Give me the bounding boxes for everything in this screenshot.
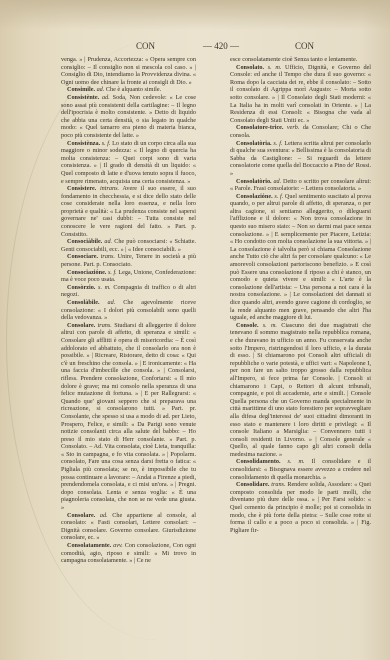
dictionary-entry: Consociare. trans. Unire, Tenere in soci… (61, 253, 196, 268)
entry-definition: Soda, Non cedevole: « Le cose sono assai… (61, 94, 196, 139)
entry-definition: Ufficio, Dignità, e Governo del Console:… (230, 64, 371, 124)
dictionary-entry: Consolato. s. m. Ufficio, Dignità, e Gov… (230, 64, 371, 125)
page-top-shadow (0, 0, 390, 30)
entry-part-of-speech: ad. (104, 238, 112, 245)
dictionary-entry: Consolatòria. s. f. Lettera scritta altr… (230, 140, 371, 178)
entry-definition: venga. » | Prudenza, Accortezza: « Opera… (61, 56, 196, 86)
dictionary-entry: esce consolatamente cioè Senza tanto e l… (230, 56, 371, 64)
entry-headword: Consistènza. (67, 140, 100, 147)
entry-part-of-speech: verb. (287, 124, 300, 131)
dictionary-entry: Consòrzio. s. m. Compagnia di traffico o… (61, 284, 196, 299)
entry-headword: Consolato. (236, 64, 264, 71)
entry-headword: Consimile. (67, 86, 95, 93)
dictionary-entry: Consolidamento. s. m. Il consolidare e i… (230, 458, 371, 481)
page-header: CON — 420 — CON (0, 41, 390, 53)
dictionary-entry: Consociàbile. ad. Che può consociarsi: «… (61, 238, 196, 253)
entry-headword: Consolatamente. (67, 542, 111, 549)
entry-definition: Ciascuno dei due magistrati che tenevano… (230, 322, 371, 458)
entry-headword: Consolàbile. (67, 299, 100, 306)
entry-part-of-speech: s. m. (263, 322, 277, 329)
entry-headword: Consociare. (67, 253, 98, 260)
dictionary-entry: Consolidare. trans. Rendere solida, Asso… (230, 481, 371, 534)
dictionary-entry: Consistènte. ad. Soda, Non cedevole: « L… (61, 94, 196, 140)
dictionary-entry: Consolazióne. s. f. Quel sentimento susc… (230, 193, 371, 322)
left-guide-word: CON (136, 41, 155, 51)
entry-part-of-speech: s. f. (274, 193, 283, 200)
dictionary-entry: venga. » | Prudenza, Accortezza: « Opera… (61, 56, 196, 86)
entry-headword: Consociàbile. (67, 238, 102, 245)
entry-part-of-speech: trans. (98, 322, 112, 329)
dictionary-entry: Console. s. m. Ciascuno dei due magistra… (230, 322, 371, 459)
entry-headword: Consolatòrio. (236, 178, 272, 185)
dictionary-entry: Consolatòrio. ad. Detto o scritto per co… (230, 178, 371, 193)
entry-part-of-speech: s. m. (98, 284, 111, 291)
entry-headword: Consòrzio. (67, 284, 95, 291)
dictionary-entry: Consolare. ad. Che appartiene al console… (61, 512, 196, 542)
entry-headword: Consolatòria. (236, 140, 272, 147)
entry-part-of-speech: ad. (100, 512, 108, 519)
dictionary-entry: Consolatore-trice. verb. da Consolare; C… (230, 124, 371, 139)
right-column: esce consolatamente cioè Senza tanto e l… (230, 56, 371, 534)
entry-part-of-speech: s. f. (108, 269, 117, 276)
dictionary-entry: Consolare. trans. Studiarsi di alleggeri… (61, 322, 196, 512)
entry-definition: esce consolatamente cioè Senza tanto e l… (230, 56, 357, 63)
right-guide-word: CON (295, 41, 314, 51)
entry-part-of-speech: ad. (273, 178, 281, 185)
entry-headword: Consolare. (67, 512, 95, 519)
entry-headword: Consolidamento. (236, 458, 281, 465)
dictionary-entry: Consistènza. s. f. Lo stato di un corpo … (61, 140, 196, 186)
entry-part-of-speech: trans. (101, 253, 115, 260)
dictionary-entry: Consociazióne. s. f. Lega, Unione, Confe… (61, 269, 196, 284)
entry-part-of-speech: ad. (102, 94, 110, 101)
entry-headword: Consolidare. (236, 481, 269, 488)
entry-headword: Consistere. (67, 185, 96, 192)
entry-part-of-speech: s. m. (268, 64, 282, 71)
entry-definition: Studiarsi di alleggerire il dolore altru… (61, 322, 196, 511)
left-column: venga. » | Prudenza, Accortezza: « Opera… (61, 56, 196, 565)
entry-part-of-speech: s. f. (273, 140, 282, 147)
entry-definition: Che è alquanto simile. (106, 86, 161, 93)
entry-headword: Consistènte. (67, 94, 99, 101)
page-number: — 420 — (203, 41, 239, 51)
entry-part-of-speech: intrans. (100, 185, 119, 192)
dictionary-entry: Consistere. intrans. Avere il suo essere… (61, 185, 196, 238)
entry-part-of-speech: avv. (113, 542, 123, 549)
entry-part-of-speech: s. f. (102, 140, 111, 147)
entry-headword: Consolatore-trice. (236, 124, 283, 131)
entry-headword: Consolare. (67, 322, 95, 329)
entry-definition: Avere il suo essere, il suo fondamento i… (61, 185, 196, 238)
entry-definition: Quel sentimento suscitato al prova quand… (230, 193, 371, 322)
entry-definition: Lo stato di un corpo circa alla sua magg… (61, 140, 196, 185)
entry-definition: Rendere solida, Assodare: « Quei compost… (230, 481, 371, 534)
dictionary-entry: Consolatamente. avv. Con consolazione, C… (61, 542, 196, 565)
entry-part-of-speech: ad. (97, 86, 105, 93)
dictionary-entry: Consolàbile. ad. Che agevolmente riceve … (61, 299, 196, 322)
entry-part-of-speech: ad. (108, 299, 116, 306)
dictionary-entry: Consimile. ad. Che è alquanto simile. (61, 86, 196, 94)
entry-part-of-speech: s. m. (288, 458, 305, 465)
entry-headword: Consolazióne. (236, 193, 273, 200)
entry-part-of-speech: trans. (271, 481, 285, 488)
entry-headword: Consociazióne. (67, 269, 106, 276)
entry-headword: Console. (236, 322, 259, 329)
